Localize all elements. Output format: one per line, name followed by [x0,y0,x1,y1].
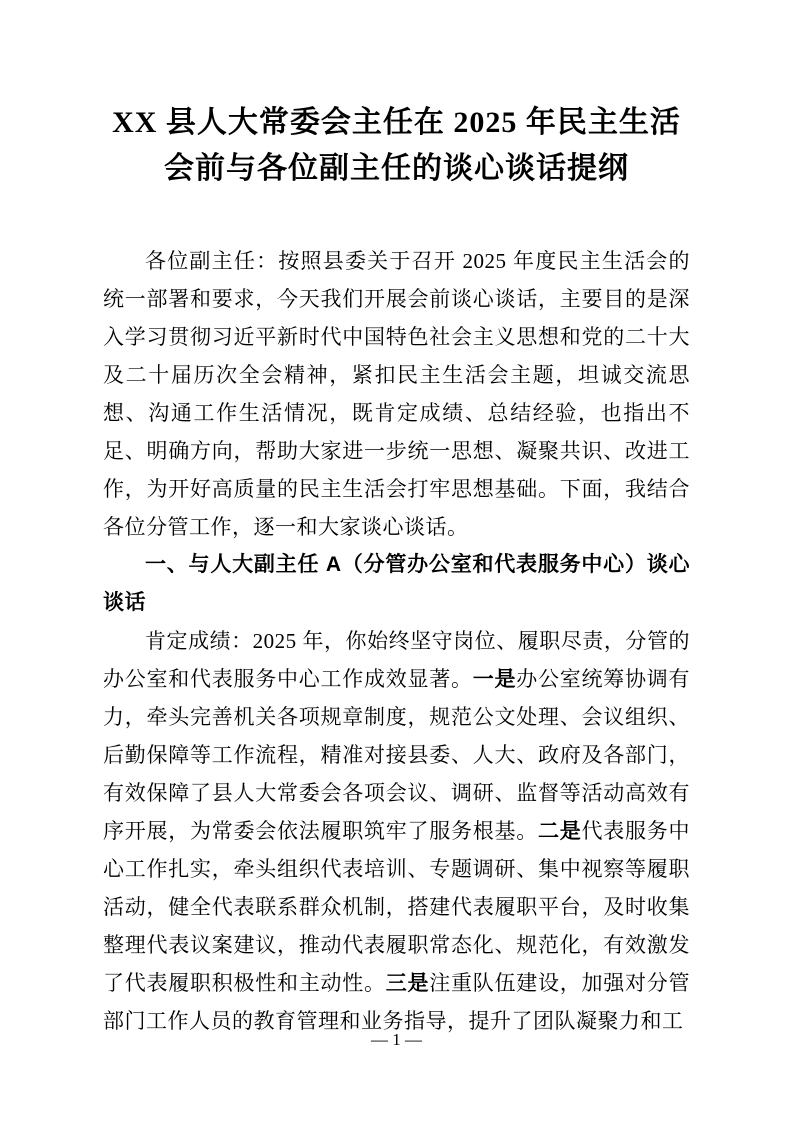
document-title-line-2: 会前与各位副主任的谈心谈话提纲 [103,146,690,192]
section-1-heading: 一、与人大副主任 A（分管办公室和代表服务中心）谈心谈话 [103,546,690,622]
section-1-paragraph: 肯定成绩：2025 年，你始终坚守岗位、履职尽责，分管的办公室和代表服务中心工作… [103,622,690,1040]
bold-run-first-point: 一是 [473,667,517,691]
document-title-line-1: XX 县人大常委会主任在 2025 年民主生活 [103,100,690,146]
intro-paragraph: 各位副主任：按照县委关于召开 2025 年度民主生活会的统一部署和要求，今天我们… [103,242,690,546]
page-number: — 1 — [0,1028,793,1052]
bold-run-second-point: 二是 [538,819,582,843]
document-title: XX 县人大常委会主任在 2025 年民主生活会前与各位副主任的谈心谈话提纲 [103,100,690,192]
text-run-second-point-body: 代表服务中心工作扎实，牵头组织代表培训、专题调研、集中视察等履职活动，健全代表联… [103,819,690,995]
bold-run-third-point: 三是 [386,971,430,995]
document-page: XX 县人大常委会主任在 2025 年民主生活会前与各位副主任的谈心谈话提纲 各… [0,0,793,1122]
page-number-text: — 1 — [371,1030,422,1049]
text-run-first-point-body: 办公室统筹协调有力，牵头完善机关各项规章制度，规范公文处理、会议组织、后勤保障等… [103,667,690,843]
